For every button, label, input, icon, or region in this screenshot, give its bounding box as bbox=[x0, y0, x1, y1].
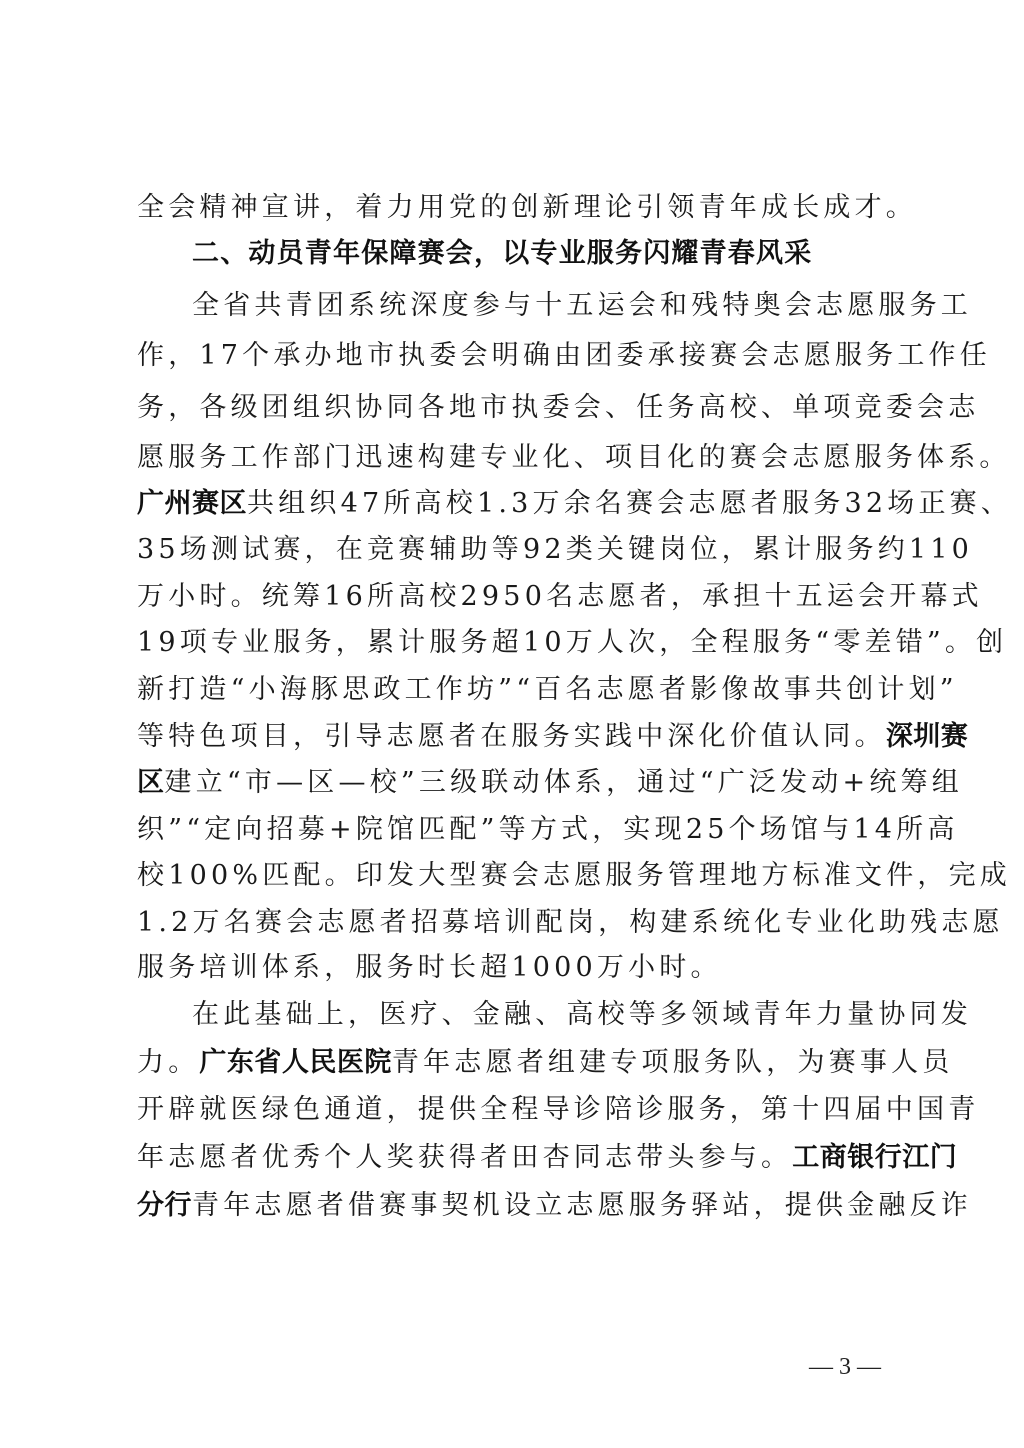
text-line: 万小时。统筹16所高校2950名志愿者，承担十五运会开幕式 bbox=[137, 579, 887, 615]
bold-entity: 区 bbox=[137, 767, 165, 798]
text-line: 服务培训体系，服务时长超1000万小时。 bbox=[137, 950, 887, 986]
text-run: 等特色项目，引导志愿者在服务实践中深化价值认同。 bbox=[137, 721, 886, 752]
text-line: 区建立“市—区—校”三级联动体系，通过“广泛发动+统筹组 bbox=[137, 765, 887, 801]
text-run: 新打造“小海豚思政工作坊”“百名志愿者影像故事共创计划” bbox=[137, 674, 958, 705]
text-line: 校100%匹配。印发大型赛会志愿服务管理地方标准文件，完成 bbox=[137, 858, 887, 894]
bold-entity: 广东省人民医院 bbox=[199, 1047, 392, 1078]
bold-entity: 分行 bbox=[137, 1190, 192, 1221]
text-line: 35场测试赛，在竞赛辅助等92类关键岗位，累计服务约110 bbox=[137, 532, 887, 568]
text-run: 织”“定向招募+院馆匹配”等方式，实现25个场馆与14所高 bbox=[137, 814, 959, 845]
text-line: 在此基础上，医疗、金融、高校等多领域青年力量协同发 bbox=[192, 997, 887, 1033]
text-line: 开辟就医绿色通道，提供全程导诊陪诊服务，第十四届中国青 bbox=[137, 1092, 887, 1128]
text-run: 青年志愿者组建专项服务队，为赛事人员 bbox=[392, 1047, 954, 1078]
text-line: 分行青年志愿者借赛事契机设立志愿服务驿站，提供金融反诈 bbox=[137, 1188, 887, 1224]
text-line: 1.2万名赛会志愿者招募培训配岗，构建系统化专业化助残志愿 bbox=[137, 905, 887, 941]
text-line: 新打造“小海豚思政工作坊”“百名志愿者影像故事共创计划” bbox=[137, 672, 887, 708]
document-page: 全会精神宣讲，着力用党的创新理论引领青年成长成才。 二、动员青年保障赛会，以专业… bbox=[0, 0, 1024, 1448]
continuation-line: 全会精神宣讲，着力用党的创新理论引领青年成长成才。 bbox=[137, 190, 887, 226]
text-run: 愿服务工作部门迅速构建专业化、项目化的赛会志愿服务体系。 bbox=[137, 442, 1011, 473]
bold-entity: 深圳赛 bbox=[886, 721, 969, 752]
text-run: 万小时。统筹16所高校2950名志愿者，承担十五运会开幕式 bbox=[137, 581, 983, 612]
text-run: 校100%匹配。印发大型赛会志愿服务管理地方标准文件，完成 bbox=[137, 860, 1011, 891]
text-run: 在此基础上，医疗、金融、高校等多领域青年力量协同发 bbox=[192, 999, 972, 1030]
text-run: 开辟就医绿色通道，提供全程导诊陪诊服务，第十四届中国青 bbox=[137, 1094, 979, 1125]
text-run: 全省共青团系统深度参与十五运会和残特奥会志愿服务工 bbox=[192, 290, 972, 321]
text-line: 务，各级团组织协同各地市执委会、任务高校、单项竞委会志 bbox=[137, 390, 887, 426]
section-heading: 二、动员青年保障赛会，以专业服务闪耀青春风采 bbox=[192, 236, 892, 272]
text-line: 作，17个承办地市执委会明确由团委承接赛会志愿服务工作任 bbox=[137, 338, 887, 374]
text-line: 织”“定向招募+院馆匹配”等方式，实现25个场馆与14所高 bbox=[137, 812, 887, 848]
text-line: 愿服务工作部门迅速构建专业化、项目化的赛会志愿服务体系。 bbox=[137, 440, 887, 476]
text-line: 力。广东省人民医院青年志愿者组建专项服务队，为赛事人员 bbox=[137, 1045, 887, 1081]
page-number: — 3 — bbox=[800, 1352, 890, 1382]
text-run: 35场测试赛，在竞赛辅助等92类关键岗位，累计服务约110 bbox=[137, 534, 973, 565]
text-run: 建立“市—区—校”三级联动体系，通过“广泛发动+统筹组 bbox=[165, 767, 963, 798]
text-line: 年志愿者优秀个人奖获得者田杏同志带头参与。工商银行江门 bbox=[137, 1140, 887, 1176]
text-run: 共组织47所高校1.3万余名赛会志愿者服务32场正赛、 bbox=[247, 488, 1012, 519]
bold-entity: 广州赛区 bbox=[137, 488, 247, 519]
text-run: 作，17个承办地市执委会明确由团委承接赛会志愿服务工作任 bbox=[137, 340, 991, 371]
text-line: 广州赛区共组织47所高校1.3万余名赛会志愿者服务32场正赛、 bbox=[137, 486, 887, 522]
text-run: 力。 bbox=[137, 1047, 199, 1078]
bold-entity: 工商银行江门 bbox=[792, 1142, 957, 1173]
text-run: 19项专业服务，累计服务超10万人次，全程服务“零差错”。创 bbox=[137, 627, 1007, 658]
text-run: 年志愿者优秀个人奖获得者田杏同志带头参与。 bbox=[137, 1142, 792, 1173]
text-line: 全省共青团系统深度参与十五运会和残特奥会志愿服务工 bbox=[192, 288, 887, 324]
text-run: 服务培训体系，服务时长超1000万小时。 bbox=[137, 952, 722, 983]
text-run: 青年志愿者借赛事契机设立志愿服务驿站，提供金融反诈 bbox=[192, 1190, 972, 1221]
text-line: 19项专业服务，累计服务超10万人次，全程服务“零差错”。创 bbox=[137, 625, 887, 661]
text-run: 1.2万名赛会志愿者招募培训配岗，构建系统化专业化助残志愿 bbox=[137, 907, 1004, 938]
text-line: 等特色项目，引导志愿者在服务实践中深化价值认同。深圳赛 bbox=[137, 719, 887, 755]
text-run: 务，各级团组织协同各地市执委会、任务高校、单项竞委会志 bbox=[137, 392, 979, 423]
